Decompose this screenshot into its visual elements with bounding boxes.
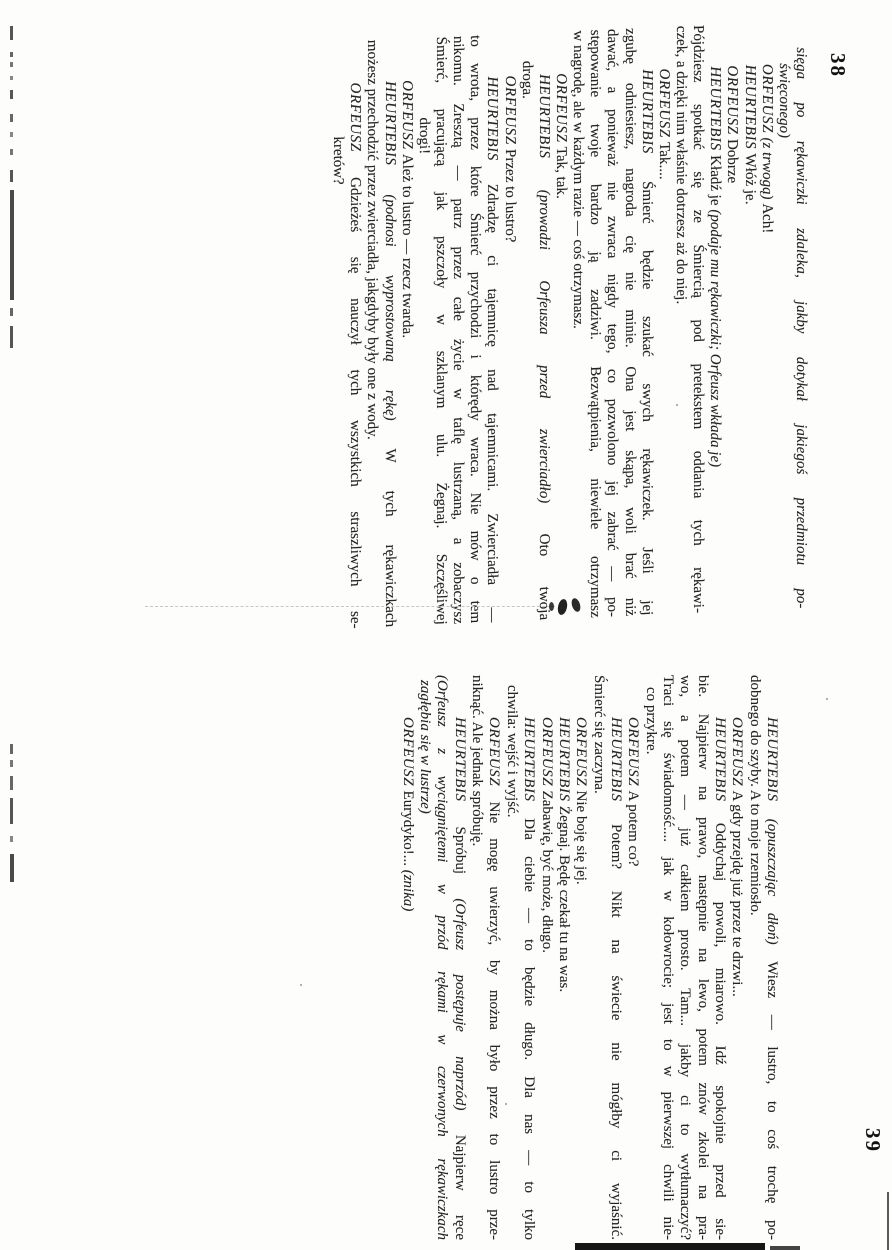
speaker-name: ORFEUSZ bbox=[573, 717, 589, 791]
stage-direction: (prowadzi Orfeusza przed zwierciadło) bbox=[536, 189, 552, 534]
page-number: 38 bbox=[825, 53, 850, 78]
text-line: święconego) bbox=[775, 21, 792, 610]
text-line: zagłębia się w lustrze) bbox=[416, 675, 433, 1240]
stage-direction: (podnosi wyprostowaną rękę) bbox=[382, 194, 398, 449]
dust-speck bbox=[300, 984, 302, 986]
scan-artifact bbox=[10, 149, 13, 155]
text-line: dobnego do szyby. A to moje rzemiosło. bbox=[745, 675, 762, 1240]
speaker-name: ORFEUSZ bbox=[729, 717, 745, 791]
ink-blob bbox=[556, 598, 568, 616]
stage-direction: (znika) bbox=[400, 870, 416, 912]
text-line: stępowanie twoje bardzo ją zadziwi. Bezw… bbox=[586, 29, 603, 618]
speaker-name: HEURTEBIS bbox=[536, 74, 552, 190]
speaker-name: HEURTEBIS bbox=[742, 64, 758, 154]
dust-speck bbox=[826, 698, 828, 700]
dialogue-text: nikomu. Zresztą — patrz przez całe życie… bbox=[450, 36, 466, 625]
text-line: ORFEUSZ A gdy przejdę już przez te drzwi… bbox=[728, 675, 745, 1240]
text-line: ORFEUSZ A potem co? bbox=[624, 675, 641, 1240]
stage-direction: (Orfeusz z wyciągniętemi w przód rękami … bbox=[434, 675, 450, 1240]
stage-direction: (z trwogą) bbox=[759, 137, 775, 204]
text-line: ORFEUSZ Tak.... bbox=[655, 26, 672, 615]
dialogue-text: Dla ciebie — to będzie długo. Dla nas — … bbox=[521, 818, 537, 1240]
dialogue-text: Śmierć, pracującą jak pszczoły w szklany… bbox=[433, 36, 449, 625]
text-line: w nagrodę, ale w każdym razie — coś otrz… bbox=[569, 30, 586, 619]
stage-direction: sięga po rękawiczki zdaleka, jakby dotyk… bbox=[793, 47, 809, 609]
text-line: to wrota, przez które Śmierć przychodzi … bbox=[466, 35, 483, 624]
dialogue-text: Oddychaj powoli, miarowo. Idź spokojnie … bbox=[712, 823, 728, 1240]
dialogue-text: Zabawię, być może, długo. bbox=[539, 791, 555, 953]
scan-artifact bbox=[10, 854, 14, 882]
text-line: bie. Najpierw na prawo, następnie na lew… bbox=[693, 675, 710, 1240]
text-line: niknąć. Ale jednak spróbuję. bbox=[468, 675, 485, 1240]
scan-artifact bbox=[10, 744, 13, 754]
stage-direction: (Orfeusz postępuje naprzód) bbox=[452, 898, 468, 1134]
text-line: możesz przechodzić przez zwierciadła, ja… bbox=[363, 39, 380, 628]
speaker-name: ORFEUSZ bbox=[502, 75, 518, 149]
stage-direction: (podaje mu rękawiczki; Orfeusz wkłada je… bbox=[707, 209, 723, 468]
dialogue-text: stępowanie twoje bardzo ją zadziwi. Bezw… bbox=[587, 29, 603, 618]
dialogue-text: A potem co? bbox=[625, 791, 641, 867]
text-line: co przykre. bbox=[641, 675, 658, 1240]
dialogue-text: Ależ to lustro — rzecz twarda. bbox=[399, 153, 415, 338]
speaker-name: HEURTEBIS bbox=[484, 76, 500, 184]
book-spread: 38 sięga po rękawiczki zdaleka, jakby do… bbox=[0, 0, 892, 1250]
dialogue-text: kretów? bbox=[330, 136, 346, 185]
scan-artifact bbox=[10, 62, 13, 67]
speaker-name: HEURTEBIS bbox=[521, 717, 537, 818]
dialogue-text: w nagrodę, ale w każdym razie — coś otrz… bbox=[570, 30, 586, 329]
scan-artifact bbox=[10, 132, 13, 137]
scan-artifact bbox=[10, 170, 13, 182]
text-line: czek, a dzięki nim właśnie dotrzesz aż d… bbox=[672, 25, 689, 614]
dialogue-text: W tych rękawiczkach bbox=[382, 448, 398, 627]
scan-artifact bbox=[10, 76, 13, 80]
dialogue-text: Śmierć będzie szukać swych rękawiczek. J… bbox=[639, 181, 655, 616]
ink-blob bbox=[570, 597, 582, 613]
dialogue-text: Przez to lustro? bbox=[502, 149, 518, 243]
dialogue-text: to wrota, przez które Śmierć przychodzi … bbox=[467, 35, 483, 624]
dialogue-text: zgubę odniesiesz, nagroda cię nie minie.… bbox=[622, 28, 638, 617]
stage-direction: (opuszczając dłoń) bbox=[764, 819, 780, 961]
speaker-name: HEURTEBIS bbox=[608, 717, 624, 824]
text-line: ORFEUSZ Tak, tak. bbox=[552, 31, 569, 620]
speaker-name: ORFEUSZ bbox=[399, 80, 415, 154]
speaker-name: ORFEUSZ bbox=[656, 68, 672, 142]
text-line: kretów? bbox=[329, 41, 346, 630]
text-line: nikomu. Zresztą — patrz przez całe życie… bbox=[449, 36, 466, 625]
scan-artifact bbox=[10, 798, 13, 824]
dialogue-text: Tak, tak. bbox=[553, 146, 569, 199]
dialogue-text: Traci się świadomość.... jak w kołowroci… bbox=[660, 675, 676, 1240]
text-line: ORFEUSZ Nie mogę uwierzyć, by można było… bbox=[485, 675, 502, 1240]
dialogue-text: co przykre. bbox=[643, 687, 659, 754]
page-number: 39 bbox=[860, 1128, 885, 1153]
text-line: (Orfeusz z wyciągniętemi w przód rękami … bbox=[433, 675, 450, 1240]
speaker-name: ORFEUSZ bbox=[400, 717, 416, 791]
dialogue-text: Najpierw ręce bbox=[452, 1135, 468, 1240]
scan-artifact bbox=[10, 326, 13, 348]
dust-speck bbox=[368, 152, 370, 154]
scan-artifact bbox=[10, 114, 13, 122]
text-line: Śmierć, pracującą jak pszczoły w szklany… bbox=[432, 36, 449, 625]
stage-direction: zagłębia się w lustrze) bbox=[417, 680, 433, 814]
dialogue-text: dobnego do szyby. A to moje rzemiosło. bbox=[747, 675, 763, 916]
dialogue-text: Włóż je. bbox=[742, 153, 758, 205]
dialogue-text: Gdzieżeś się nauczył tych wszystkich str… bbox=[347, 177, 363, 629]
text-line: droga. bbox=[518, 32, 535, 621]
dialogue-text: chwila: wejść i wyjść. bbox=[504, 685, 520, 817]
dialogue-text: Pójdziesz spotkać się ze Śmiercią pod pr… bbox=[690, 25, 706, 614]
dialogue-text: A gdy przejdę już przez te drzwi... bbox=[729, 791, 745, 997]
text-line: ORFEUSZ Eurydyko!... (znika) bbox=[398, 675, 415, 1240]
page-39: 39 HEURTEBIS (opuszczając dłoń) Wiesz — … bbox=[0, 625, 892, 1250]
text-line: HEURTEBIS Zdradzę ci tajemnicę nad tajem… bbox=[483, 34, 500, 623]
scan-artifact bbox=[887, 1192, 889, 1250]
text-line: ORFEUSZ Przez to lustro? bbox=[500, 33, 517, 622]
page-39-text: HEURTEBIS (opuszczając dłoń) Wiesz — lus… bbox=[398, 675, 780, 1240]
gutter-fold-line bbox=[145, 606, 555, 607]
page-38-text: sięga po rękawiczki zdaleka, jakby dotyk… bbox=[329, 20, 809, 630]
text-line: HEURTEBIS Włóż je. bbox=[740, 22, 757, 611]
text-line: HEURTEBIS Potem? Nikt na świecie nie móg… bbox=[607, 675, 624, 1240]
scan-artifact bbox=[10, 308, 13, 316]
speaker-name: ORFEUSZ bbox=[759, 64, 775, 138]
text-line: sięga po rękawiczki zdaleka, jakby dotyk… bbox=[792, 20, 809, 609]
dialogue-text: Kładź je bbox=[707, 155, 723, 210]
dust-speck bbox=[505, 1103, 507, 1105]
text-line: ORFEUSZ Ależ to lustro — rzecz twarda. bbox=[398, 38, 415, 627]
dialogue-text: bie. Najpierw na prawo, następnie na lew… bbox=[695, 675, 711, 1240]
text-line: ORFEUSZ Dobrze bbox=[723, 23, 740, 612]
dialogue-text: Dobrze bbox=[724, 139, 740, 184]
dialogue-text: Ach! bbox=[759, 203, 775, 234]
scan-artifact bbox=[10, 836, 13, 842]
text-line: HEURTEBIS (opuszczając dłoń) Wiesz — lus… bbox=[763, 675, 780, 1240]
text-line: dawać, a ponieważ nie zwraca nigdy tego,… bbox=[603, 29, 620, 618]
dialogue-text: Eurydyko!... bbox=[400, 791, 416, 870]
dialogue-text: Żegnaj. Będę czekał tu na was. bbox=[556, 806, 572, 992]
text-line: HEURTEBIS Śmierć będzie szukać swych ręk… bbox=[638, 27, 655, 616]
dust-speck bbox=[676, 404, 678, 406]
dialogue-text: droga. bbox=[519, 60, 535, 99]
text-line: Śmierć się zaczyna. bbox=[589, 675, 606, 1240]
text-line: HEURTEBIS Żegnaj. Będę czekał tu na was. bbox=[555, 675, 572, 1240]
scan-artifact bbox=[575, 1243, 765, 1250]
speaker-name: HEURTEBIS bbox=[707, 66, 723, 156]
text-line: HEURTEBIS Kładź je (podaje mu rękawiczki… bbox=[706, 24, 723, 613]
text-line: ORFEUSZ Gdzieżeś się nauczył tych wszyst… bbox=[346, 40, 363, 629]
text-line: Traci się świadomość.... jak w kołowroci… bbox=[659, 675, 676, 1240]
dialogue-text: Nie boję się jej. bbox=[573, 791, 589, 885]
dialogue-text: drogi! bbox=[416, 117, 432, 154]
scan-artifact bbox=[10, 776, 13, 790]
dialogue-text: niknąć. Ale jednak spróbuję. bbox=[469, 675, 485, 846]
dialogue-text: możesz przechodzić przez zwierciadła, ja… bbox=[364, 39, 380, 439]
text-line: Pójdziesz spotkać się ze Śmiercią pod pr… bbox=[689, 25, 706, 614]
text-line: HEURTEBIS (podnosi wyprostowaną rękę) W … bbox=[380, 39, 397, 628]
scan-artifact bbox=[10, 90, 13, 99]
dialogue-text: Śmierć się zaczyna. bbox=[591, 675, 607, 794]
dialogue-text: wo, a potem — już całkiem prosto. Tam...… bbox=[677, 675, 693, 1240]
dialogue-text: Potem? Nikt na świecie nie mógłby ci wyj… bbox=[608, 824, 624, 1240]
text-line: chwila: wejść i wyjść. bbox=[503, 675, 520, 1240]
speaker-name: HEURTEBIS bbox=[452, 717, 468, 827]
text-line: ORFEUSZ (z trwogą) Ach! bbox=[758, 22, 775, 611]
speaker-name: HEURTEBIS bbox=[712, 717, 728, 823]
ink-blob bbox=[549, 602, 554, 611]
speaker-name: ORFEUSZ bbox=[539, 717, 555, 791]
text-line: HEURTEBIS Oddychaj powoli, miarowo. Idź … bbox=[711, 675, 728, 1240]
speaker-name: HEURTEBIS bbox=[556, 717, 572, 806]
scan-artifact bbox=[770, 1246, 800, 1250]
text-line: drogi! bbox=[415, 37, 432, 626]
speaker-name: HEURTEBIS bbox=[764, 717, 780, 819]
page-38: 38 sięga po rękawiczki zdaleka, jakby do… bbox=[0, 0, 892, 625]
speaker-name: ORFEUSZ bbox=[487, 717, 503, 802]
speaker-name: ORFEUSZ bbox=[724, 65, 740, 139]
text-line: zgubę odniesiesz, nagroda cię nie minie.… bbox=[620, 28, 637, 617]
speaker-name: ORFEUSZ bbox=[625, 717, 641, 791]
speaker-name: ORFEUSZ bbox=[347, 82, 363, 177]
dialogue-text: Nie mogę uwierzyć, by można było przez t… bbox=[487, 802, 503, 1240]
ink-smudge-ornament bbox=[544, 596, 584, 618]
dialogue-text: Tak.... bbox=[656, 142, 672, 180]
dialogue-text: dawać, a ponieważ nie zwraca nigdy tego,… bbox=[604, 29, 620, 618]
stage-direction: święconego) bbox=[776, 63, 792, 139]
scan-artifact bbox=[10, 26, 13, 40]
speaker-name: HEURTEBIS bbox=[382, 81, 398, 195]
book-scan: 38 sięga po rękawiczki zdaleka, jakby do… bbox=[0, 0, 892, 1250]
text-line: ORFEUSZ Nie boję się jej. bbox=[572, 675, 589, 1240]
text-line: ORFEUSZ Zabawię, być może, długo. bbox=[537, 675, 554, 1240]
scan-artifact bbox=[10, 52, 13, 57]
speaker-name: ORFEUSZ bbox=[553, 73, 569, 147]
dialogue-text: czek, a dzięki nim właśnie dotrzesz aż d… bbox=[673, 25, 689, 304]
scan-artifact bbox=[10, 190, 14, 300]
text-line: HEURTEBIS Dla ciebie — to będzie długo. … bbox=[520, 675, 537, 1240]
dialogue-text: Zdradzę ci tajemnicę nad tajemnicami. Zw… bbox=[484, 184, 500, 623]
scan-artifact bbox=[10, 760, 13, 767]
text-line: wo, a potem — już całkiem prosto. Tam...… bbox=[676, 675, 693, 1240]
text-line: HEURTEBIS Spróbuj (Orfeusz postępuje nap… bbox=[450, 675, 467, 1240]
dialogue-text: Wiesz — lustro, to coś trochę po- bbox=[764, 961, 780, 1240]
dialogue-text: Spróbuj bbox=[452, 827, 468, 899]
speaker-name: HEURTEBIS bbox=[639, 69, 655, 182]
text-line: HEURTEBIS (prowadzi Orfeusza przed zwier… bbox=[535, 32, 552, 621]
